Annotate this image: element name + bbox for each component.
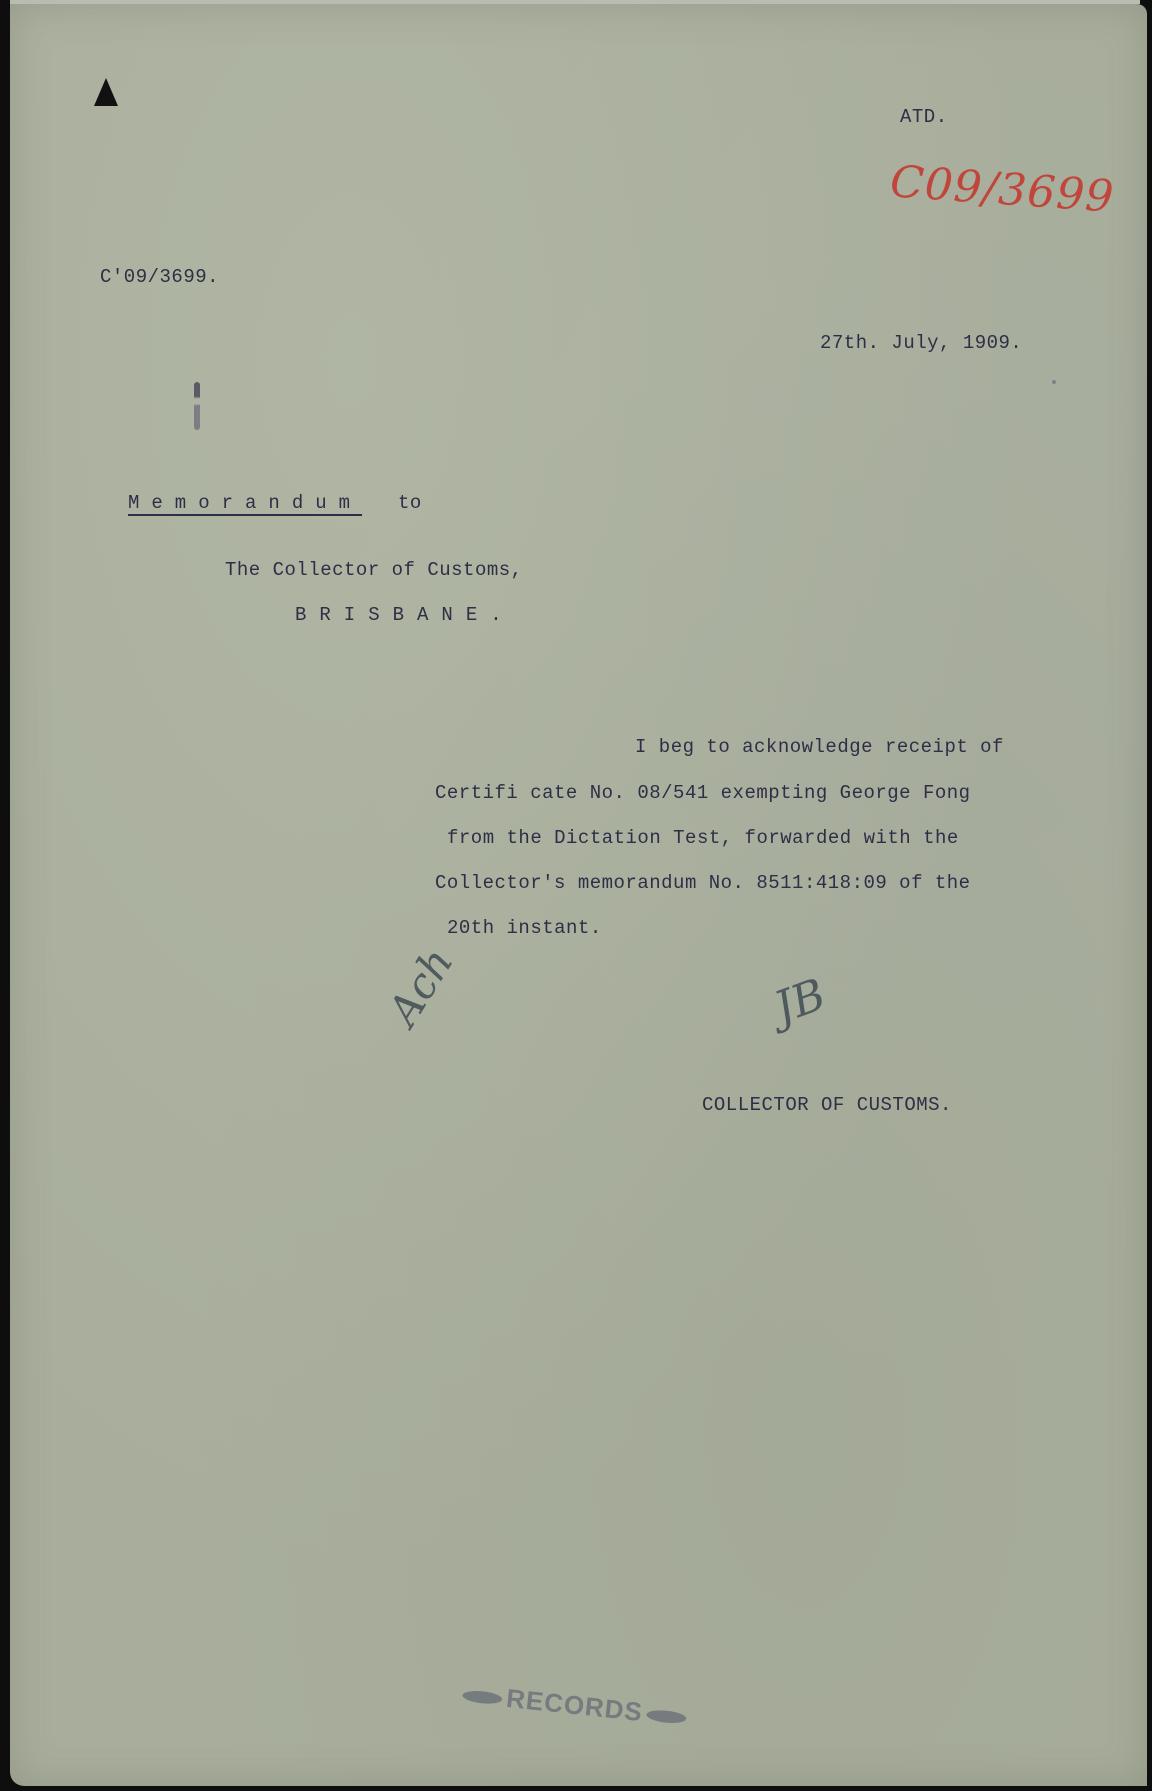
body-line: 20th instant. bbox=[447, 917, 602, 939]
document-page: ATD. C09/3699 C'09/3699. 27th. July, 190… bbox=[10, 4, 1147, 1786]
memorandum-title: Memorandum bbox=[128, 492, 362, 514]
ink-dot bbox=[1052, 380, 1056, 384]
body-line: Collector's memorandum No. 8511:418:09 o… bbox=[435, 872, 971, 894]
body-line: from the Dictation Test, forwarded with … bbox=[447, 827, 959, 849]
body-line: I beg to acknowledge receipt of bbox=[635, 736, 1004, 758]
punch-hole-mark bbox=[94, 78, 118, 106]
pin-mark bbox=[194, 382, 200, 430]
addressee-name: The Collector of Customs, bbox=[225, 559, 523, 581]
addressee-city: BRISBANE. bbox=[295, 604, 515, 626]
initials-left: Ach bbox=[378, 939, 462, 1034]
body-line: Certifi cate No. 08/541 exempting George… bbox=[435, 782, 971, 804]
memo-date: 27th. July, 1909. bbox=[820, 332, 1022, 354]
atd-code: ATD. bbox=[900, 106, 948, 128]
memo-to: to bbox=[398, 492, 422, 514]
memo-heading: Memorandumto bbox=[128, 492, 422, 514]
handwritten-file-reference: C09/3699 bbox=[888, 156, 1115, 223]
records-stamp: RECORDS bbox=[457, 1678, 692, 1733]
initials-right: JB bbox=[768, 969, 832, 1034]
file-reference: C'09/3699. bbox=[100, 266, 219, 288]
signature-title: COLLECTOR OF CUSTOMS. bbox=[702, 1094, 952, 1116]
